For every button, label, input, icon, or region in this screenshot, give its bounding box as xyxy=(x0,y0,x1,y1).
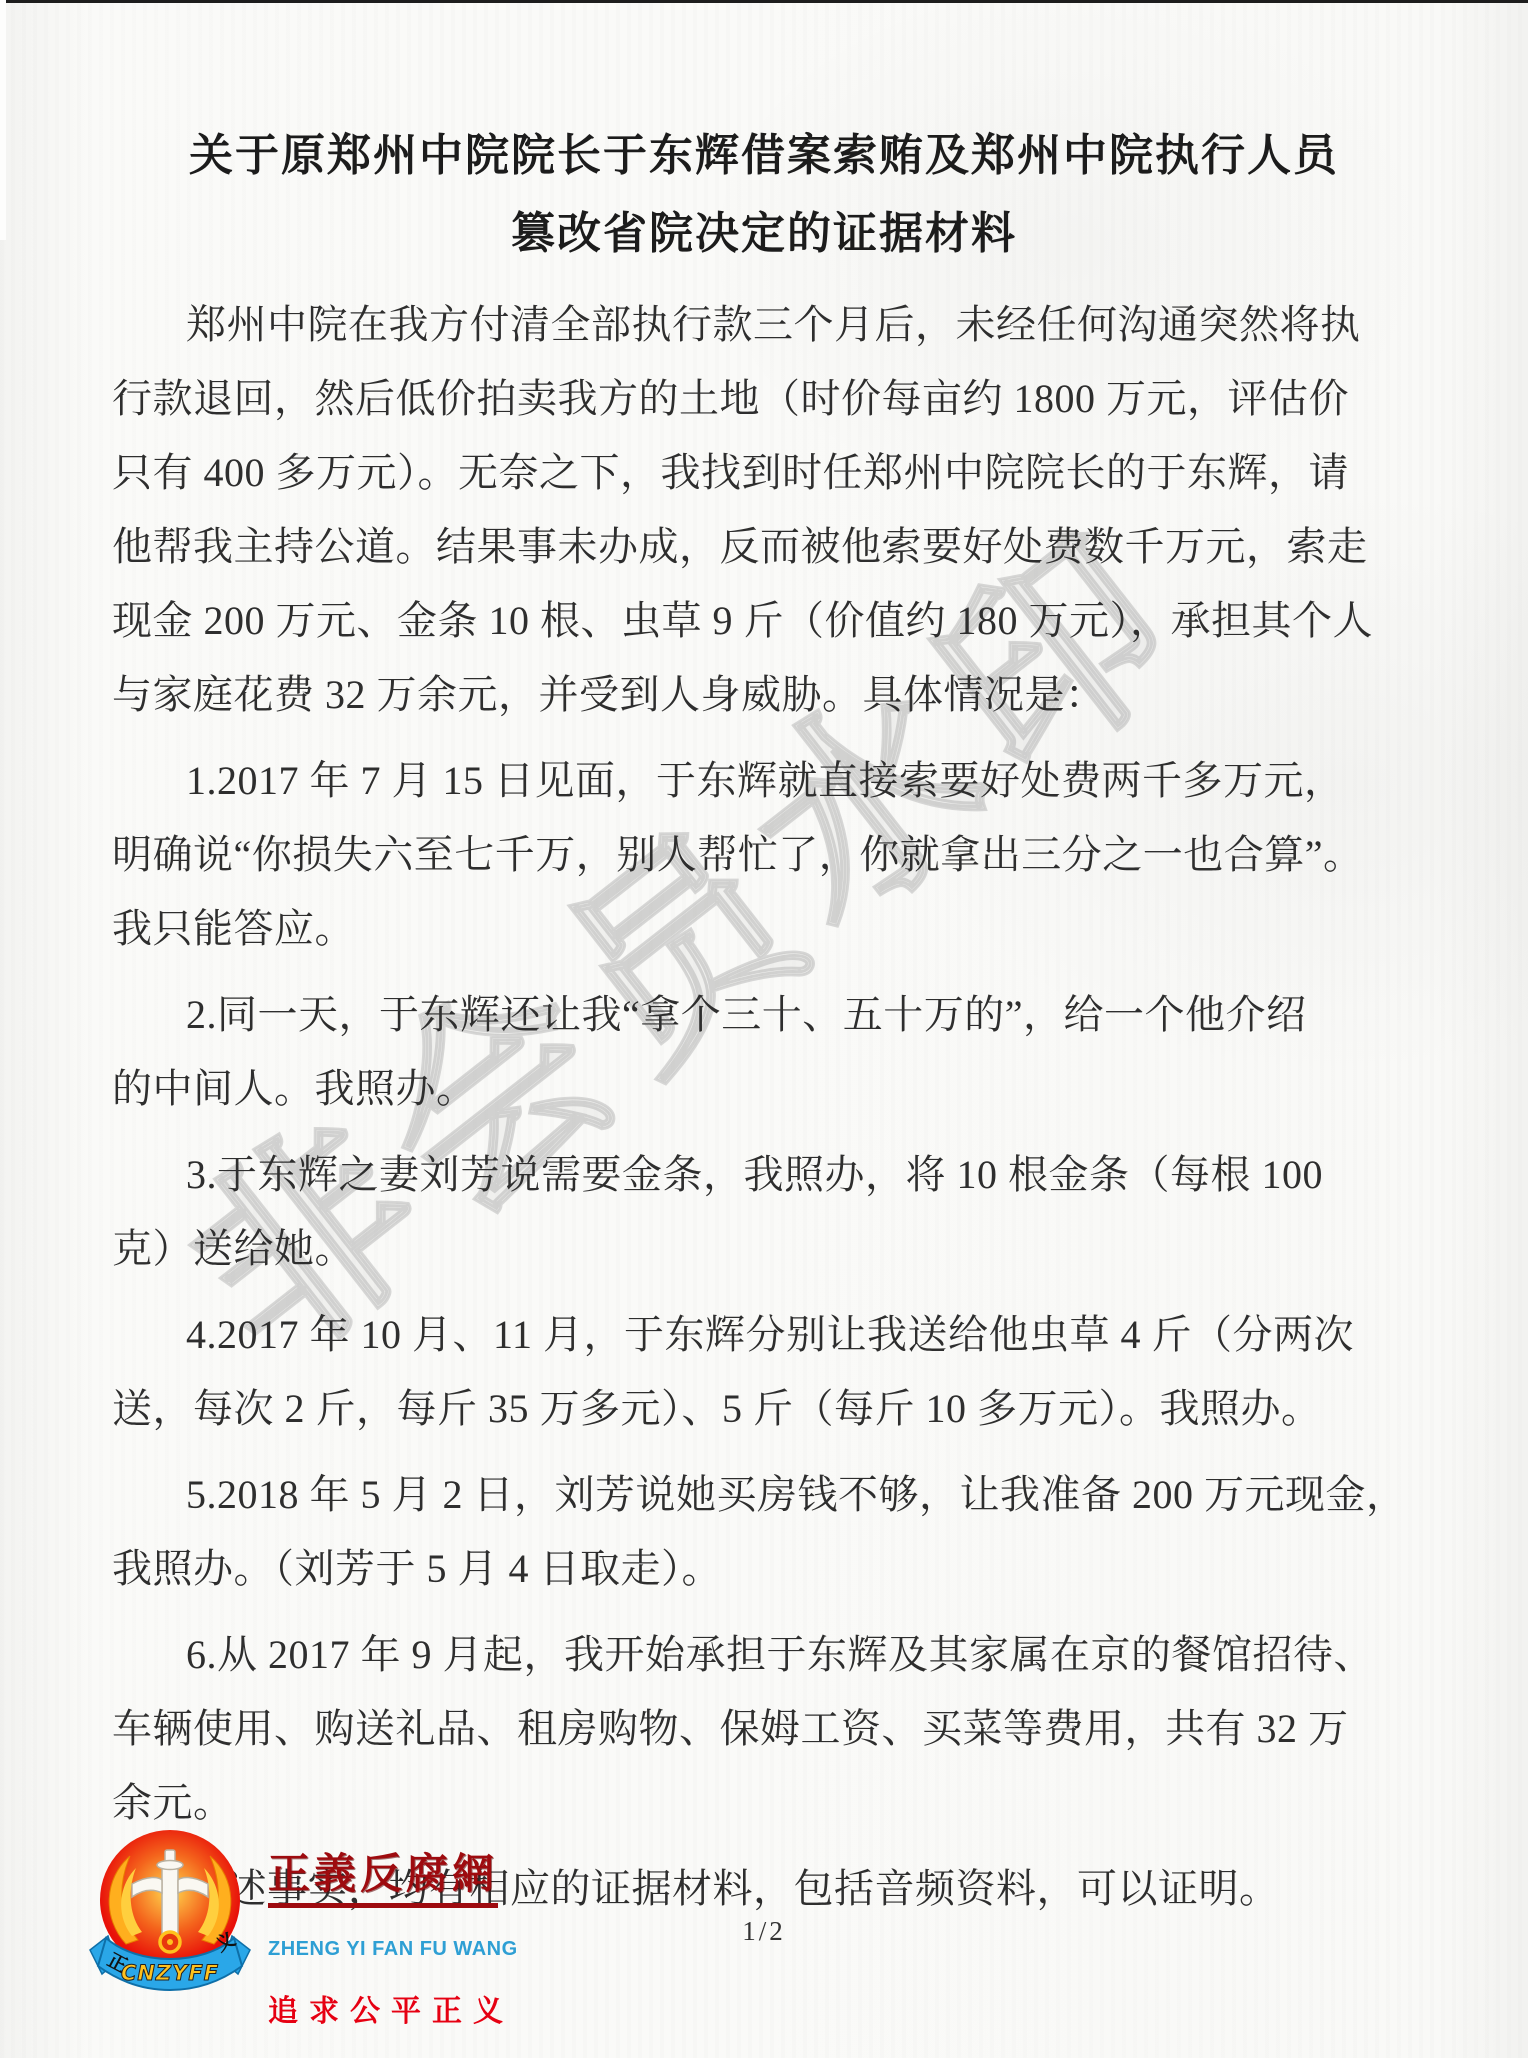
site-name-underline xyxy=(268,1903,498,1908)
body-line: 送，每次 2 斤，每斤 35 万多元）、5 斤（每斤 10 多万元）。我照办。 xyxy=(112,1372,1452,1446)
body-line: 只有 400 多万元）。无奈之下，我找到时任郑州中院院长的于东辉，请 xyxy=(112,436,1452,510)
body-line: 5.2018 年 5 月 2 日，刘芳说她买房钱不够，让我准备 200 万元现金… xyxy=(112,1458,1452,1532)
document-title-line-1: 关于原郑州中院院长于东辉借案索贿及郑州中院执行人员 xyxy=(0,130,1528,182)
body-line: 明确说“你损失六至七千万，别人帮忙了，你就拿出三分之一也合算”。 xyxy=(112,818,1452,892)
document-body: 郑州中院在我方付清全部执行款三个月后，未经任何沟通突然将执 行款退回，然后低价拍… xyxy=(112,288,1452,1926)
body-line: 他帮我主持公道。结果事未办成，反而被他索要好处费数千万元，索走 xyxy=(112,510,1452,584)
body-line: 的中间人。我照办。 xyxy=(112,1052,1452,1126)
site-badge-text: 正義反腐網 ZHENG YI FAN FU WANG 追求公平正义 xyxy=(268,1852,788,2030)
scanned-document-page: 非会员水印 关于原郑州中院院长于东辉借案索贿及郑州中院执行人员 篡改省院决定的证… xyxy=(0,0,1528,2058)
body-line: 郑州中院在我方付清全部执行款三个月后，未经任何沟通突然将执 xyxy=(112,288,1452,362)
body-line: 克）送给她。 xyxy=(112,1212,1452,1286)
body-line: 6.从 2017 年 9 月起，我开始承担于东辉及其家属在京的餐馆招待、 xyxy=(112,1618,1452,1692)
body-line: 车辆使用、购送礼品、租房购物、保姆工资、买菜等费用，共有 32 万 xyxy=(112,1692,1452,1766)
body-line: 行款退回，然后低价拍卖我方的土地（时价每亩约 1800 万元，评估价 xyxy=(112,362,1452,436)
emblem-acronym: CNZYFF xyxy=(121,1961,219,1985)
body-line: 余元。 xyxy=(112,1766,1452,1840)
site-logo-emblem: 正 义 CNZYFF xyxy=(86,1826,254,1994)
body-line: 与家庭花费 32 万余元，并受到人身威胁。具体情况是： xyxy=(112,658,1452,732)
body-line: 3.于东辉之妻刘芳说需要金条，我照办，将 10 根金条（每根 100 xyxy=(112,1138,1452,1212)
site-name: 正義反腐網 xyxy=(268,1852,498,1898)
body-line: 现金 200 万元、金条 10 根、虫草 9 斤（价值约 180 万元），承担其… xyxy=(112,584,1452,658)
document-title-line-2: 篡改省院决定的证据材料 xyxy=(0,208,1528,260)
body-line: 我只能答应。 xyxy=(112,892,1452,966)
site-name-en: ZHENG YI FAN FU WANG xyxy=(268,1938,788,1961)
body-line: 4.2017 年 10 月、11 月，于东辉分别让我送给他虫草 4 斤（分两次 xyxy=(112,1298,1452,1372)
body-line: 2.同一天，于东辉还让我“拿个三十、五十万的”，给一个他介绍 xyxy=(112,978,1452,1052)
site-slogan: 追求公平正义 xyxy=(268,1986,788,2030)
document-title: 关于原郑州中院院长于东辉借案索贿及郑州中院执行人员 篡改省院决定的证据材料 xyxy=(0,130,1528,260)
scan-edge-top xyxy=(0,0,1528,3)
body-line: 1.2017 年 7 月 15 日见面，于东辉就直接索要好处费两千多万元， xyxy=(112,744,1452,818)
body-line: 我照办。（刘芳于 5 月 4 日取走）。 xyxy=(112,1532,1452,1606)
